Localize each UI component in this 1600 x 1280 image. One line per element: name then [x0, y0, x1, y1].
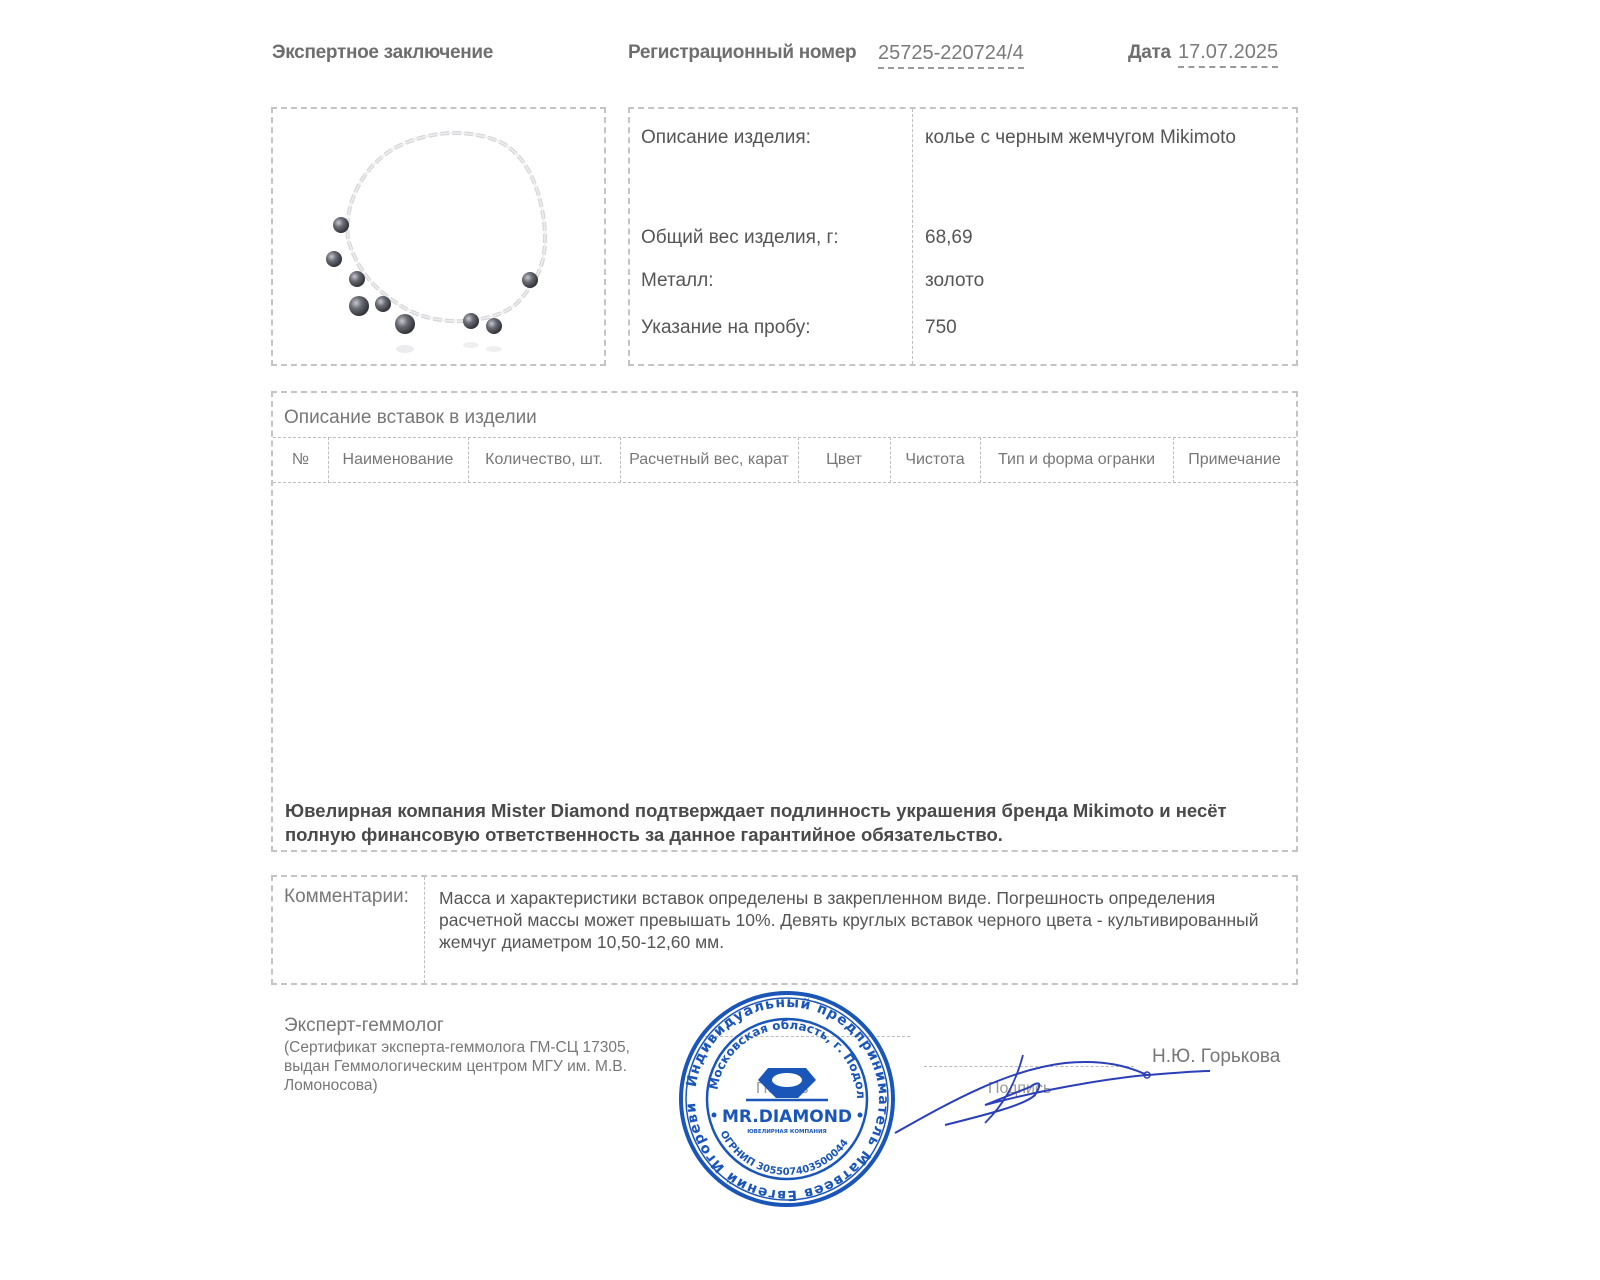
inserts-box: Описание вставок в изделии № Наименовани… — [271, 391, 1298, 852]
weight-value: 68,69 — [925, 227, 973, 249]
inserts-title: Описание вставок в изделии — [284, 407, 537, 429]
metal-label: Металл: — [641, 270, 713, 292]
column-quantity: Количество, шт. — [468, 437, 620, 483]
description-label: Описание изделия: — [641, 127, 811, 149]
necklace-image — [273, 109, 604, 364]
metal-value: золото — [925, 270, 984, 292]
comments-text: Масса и характеристики вставок определен… — [439, 887, 1294, 953]
column-color: Цвет — [798, 437, 890, 483]
expert-title: Эксперт-геммолог — [284, 1015, 444, 1037]
diamond-icon — [746, 1068, 828, 1100]
column-clarity: Чистота — [890, 437, 980, 483]
hallmark-label: Указание на пробу: — [641, 317, 811, 339]
description-value: колье с черным жемчугом Mikimoto — [925, 127, 1236, 149]
weight-label: Общий вес изделия, г: — [641, 227, 839, 249]
expert-details: (Сертификат эксперта-геммолога ГМ-СЦ 173… — [284, 1038, 644, 1095]
product-image-box — [271, 107, 606, 366]
inserts-table-header: № Наименование Количество, шт. Расчетный… — [273, 437, 1296, 483]
registration-label: Регистрационный номер — [628, 42, 856, 64]
column-note: Примечание — [1173, 437, 1296, 483]
column-number: № — [273, 437, 328, 483]
comments-label: Комментарии: — [284, 886, 409, 908]
svg-text:MR.DIAMOND: MR.DIAMOND — [722, 1107, 852, 1127]
hallmark-value: 750 — [925, 317, 957, 339]
column-cut-type: Тип и форма огранки — [980, 437, 1173, 483]
product-details-box: Описание изделия: колье с черным жемчуго… — [628, 107, 1298, 366]
column-weight: Расчетный вес, карат — [620, 437, 798, 483]
registration-number: 25725-220724/4 — [878, 42, 1024, 69]
svg-text:ЮВЕЛИРНАЯ КОМПАНИЯ: ЮВЕЛИРНАЯ КОМПАНИЯ — [747, 1129, 827, 1135]
signature-scribble — [885, 1045, 1225, 1145]
column-name: Наименование — [328, 437, 468, 483]
comments-box: Комментарии: Масса и характеристики вста… — [271, 875, 1298, 985]
date-value: 17.07.2025 — [1178, 41, 1278, 68]
svg-text:ОГРНИП 305507403500044: ОГРНИП 305507403500044 — [717, 1129, 850, 1178]
company-stamp: Индивидуальный предприниматель Матвеев Е… — [676, 988, 898, 1210]
date-label: Дата — [1128, 42, 1171, 64]
guarantee-statement: Ювелирная компания Mister Diamond подтве… — [285, 799, 1265, 847]
document-title: Экспертное заключение — [272, 42, 493, 64]
